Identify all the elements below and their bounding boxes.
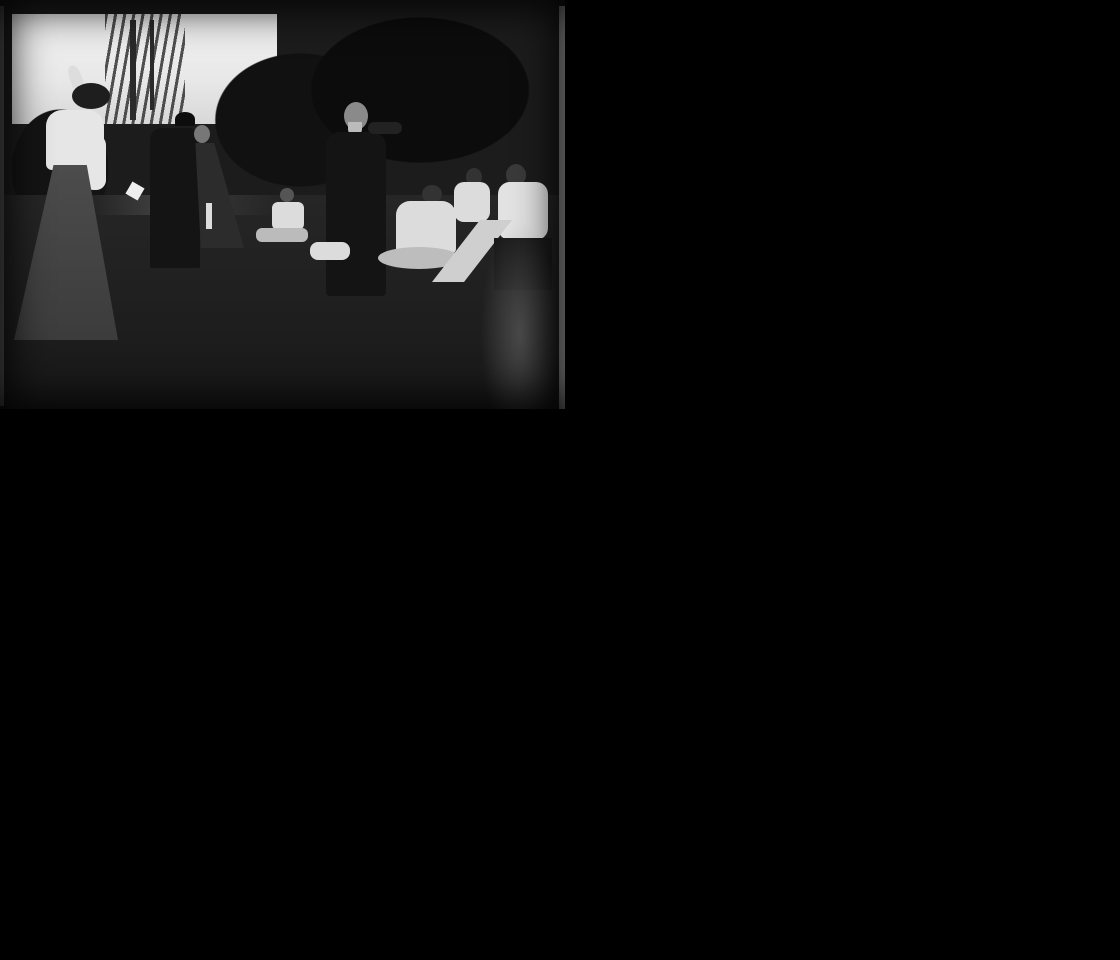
white-cloth <box>206 203 212 229</box>
head <box>280 188 294 202</box>
historical-photograph <box>0 0 565 409</box>
bowler-hat <box>175 112 195 126</box>
seated-boy <box>256 188 312 248</box>
standing-woman-left <box>12 65 122 345</box>
plate-edge-right <box>559 6 565 409</box>
raised-arm <box>368 122 402 134</box>
light-leak <box>480 220 560 409</box>
light-shirt <box>272 202 304 230</box>
head <box>194 125 210 143</box>
standing-child <box>186 125 246 250</box>
white-cloth-on-ground <box>310 242 350 260</box>
white-blouse <box>454 182 490 222</box>
long-skirt <box>14 165 118 340</box>
plate-edge-left <box>0 6 4 406</box>
dark-dress <box>190 143 244 248</box>
legs <box>256 228 308 242</box>
head <box>72 83 110 109</box>
dark-suit <box>326 132 386 296</box>
